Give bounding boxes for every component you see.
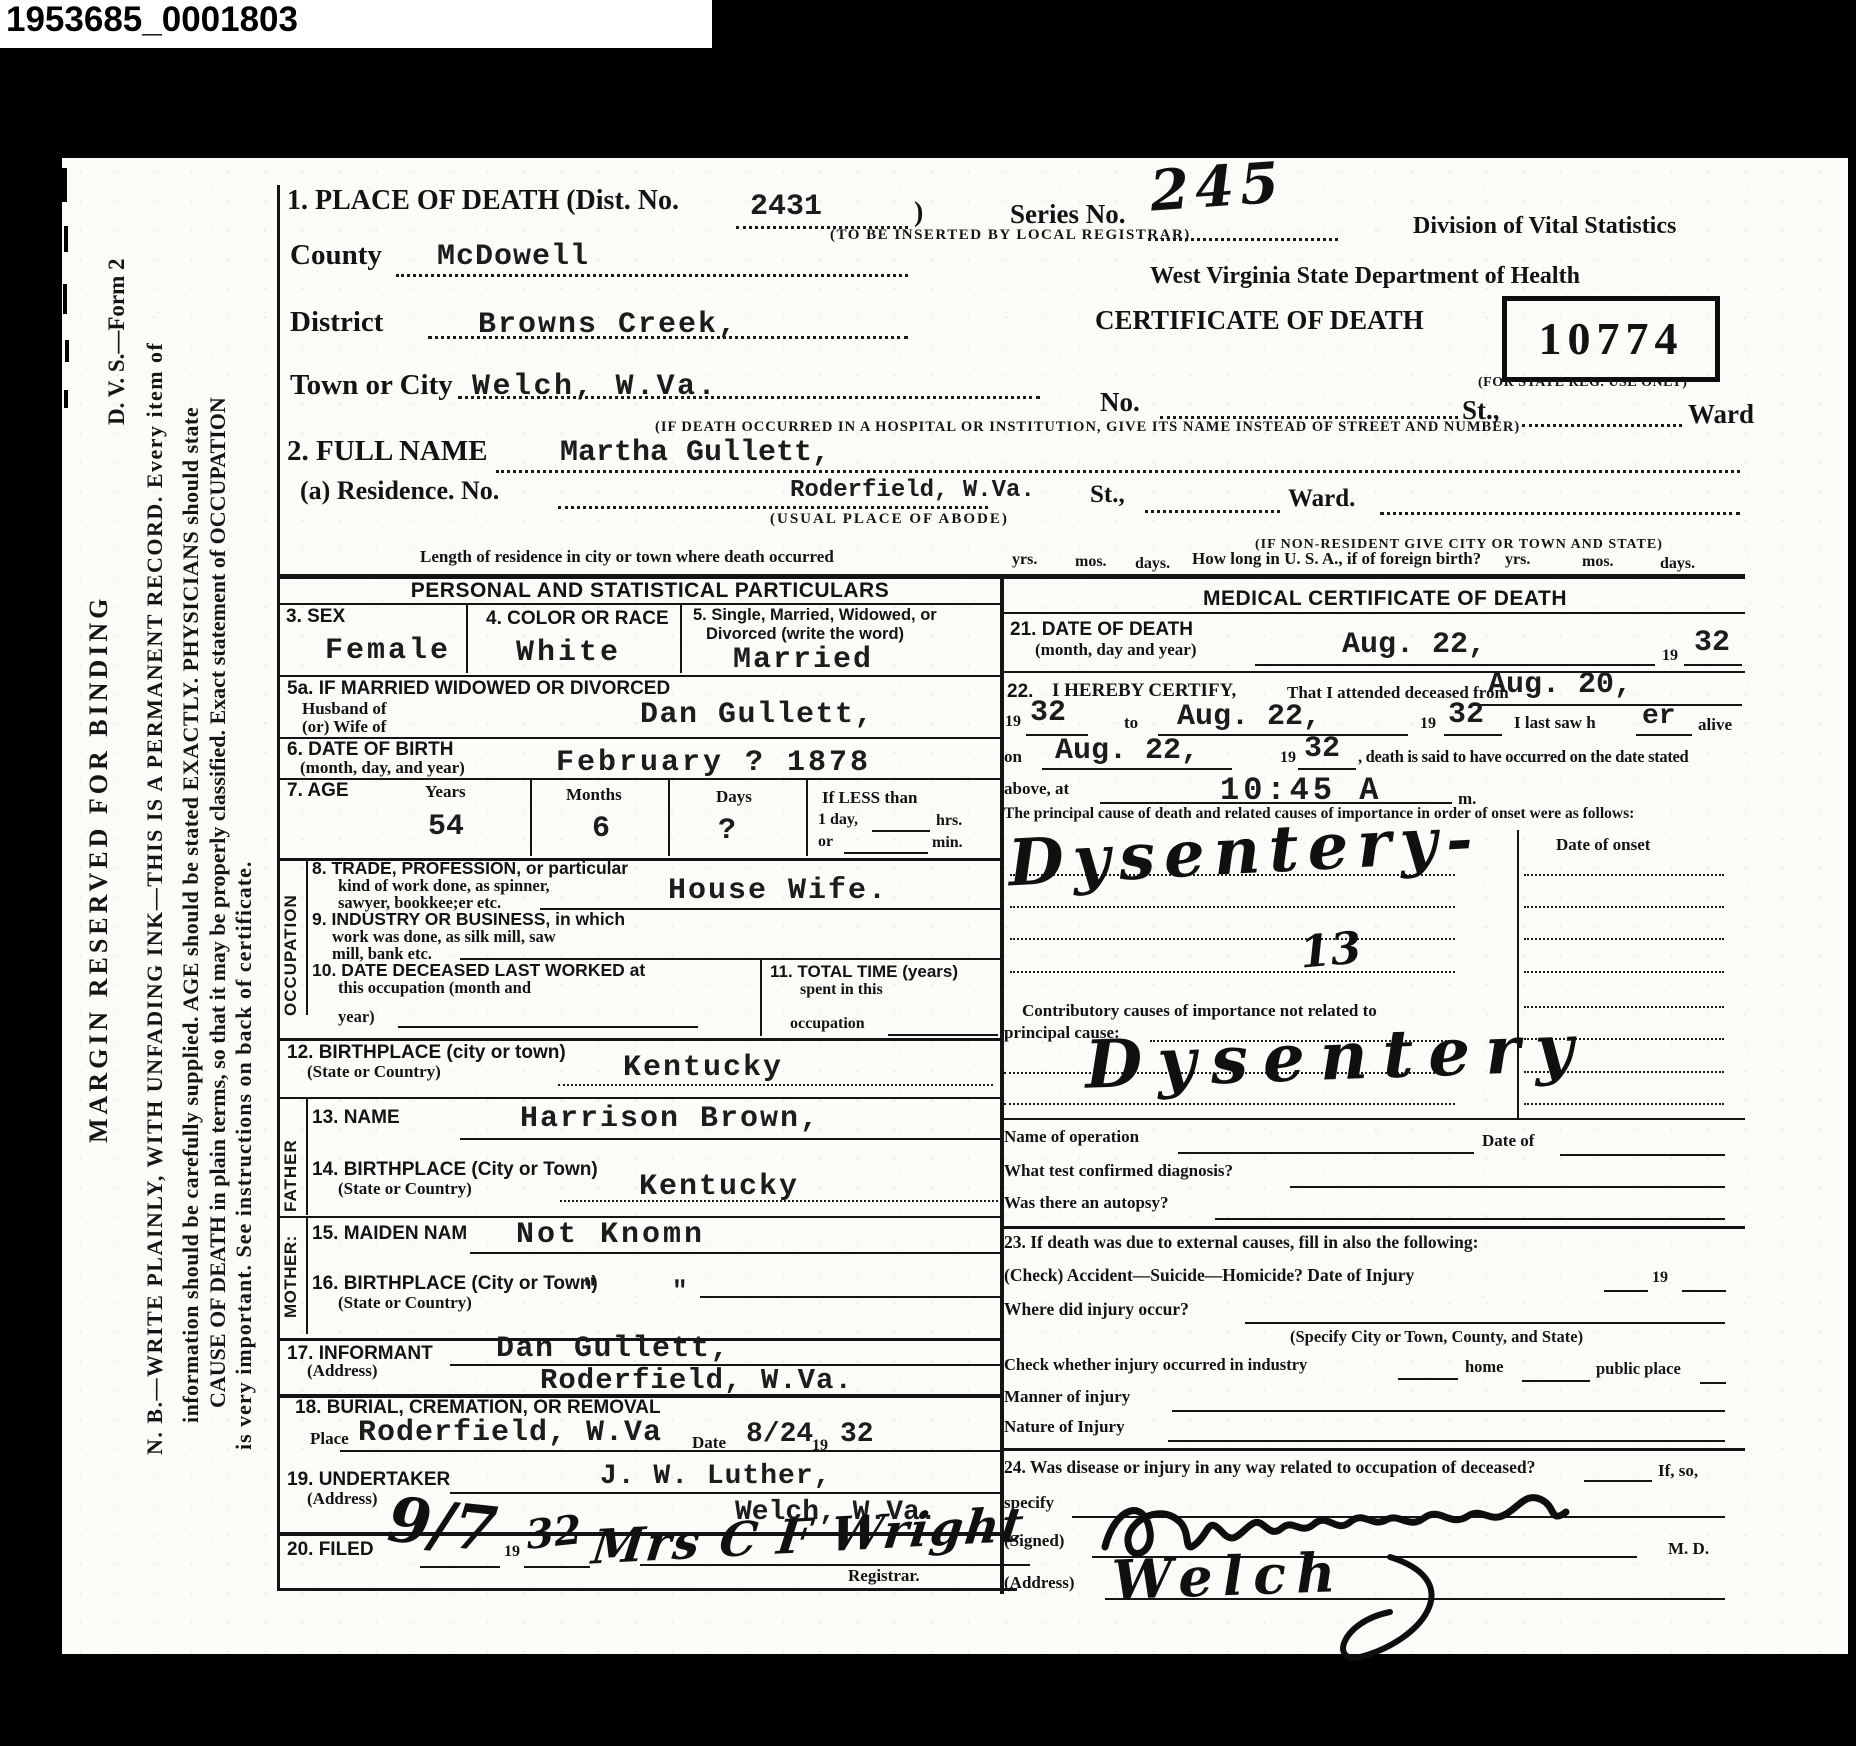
q16-label: 16. BIRTHPLACE (City or Town) [312, 1274, 598, 1294]
rule [1004, 612, 1745, 614]
filed-year-handwritten: 32 [524, 1509, 584, 1557]
q8-label2: kind of work done, as spinner, [338, 877, 550, 894]
ward-label: Ward [1688, 400, 1754, 428]
q15-label: 15. MAIDEN NAM [312, 1224, 467, 1244]
district-value: Browns Creek, [478, 310, 738, 342]
no-label: No. [1100, 388, 1140, 416]
hospital-note: (IF DEATH OCCURRED IN A HOSPITAL OR INST… [655, 420, 1520, 435]
time-of-death-value: 10:45 A [1220, 774, 1382, 808]
series-no-value-handwritten: 245 [1148, 153, 1287, 221]
check-label: (Check) Accident—Suicide—Homicide? Date … [1004, 1266, 1414, 1284]
blank-line [460, 1138, 1000, 1140]
blank-line [1636, 734, 1692, 736]
registration-number: 10774 [1539, 315, 1684, 363]
county-value: McDowell [437, 242, 589, 274]
column-divider [1000, 574, 1004, 1594]
blank-line [1298, 768, 1356, 770]
district-label: District [290, 307, 383, 337]
yrs-label: yrs. [1012, 552, 1037, 569]
on-year-value: 32 [1304, 734, 1340, 766]
cell-divider [668, 778, 670, 856]
min-label: min. [932, 835, 963, 852]
dotted-line [1380, 512, 1740, 515]
contributory-line [1004, 1103, 1455, 1105]
filed-date-handwritten: 9/7 [385, 1486, 500, 1562]
days-label: days. [1135, 556, 1170, 573]
q12-sub-label: (State or Country) [307, 1063, 441, 1081]
division-title: Division of Vital Statistics [1413, 214, 1676, 239]
q18-year-value: 32 [840, 1420, 874, 1449]
blank-line [1604, 1290, 1648, 1292]
q9-label2: work was done, as silk mill, saw [332, 928, 556, 945]
onset-line [1524, 906, 1724, 908]
printed-19: 19 [1652, 1270, 1668, 1287]
medical-section-title: MEDICAL CERTIFICATE OF DEATH [1060, 588, 1710, 610]
cause-line [1010, 971, 1455, 973]
blank-line [1042, 768, 1232, 770]
q19-value: J. W. Luther, [600, 1462, 831, 1491]
wife-of-label: (or) Wife of [302, 718, 386, 736]
q11-label1: 11. TOTAL TIME (years) [770, 963, 958, 981]
blank-line [340, 1450, 1000, 1452]
printed-19: 19 [1005, 714, 1021, 731]
hrs-label: hrs. [936, 813, 962, 830]
scan-label-strip: 1953685_0001803 [0, 0, 712, 48]
blank-line [1255, 664, 1655, 666]
age-years-value: 54 [428, 812, 464, 844]
q10-label1: 10. DATE DECEASED LAST WORKED at [312, 961, 645, 979]
cell-divider [530, 778, 532, 856]
rule [277, 1038, 1000, 1041]
torn-edge-mark [64, 226, 68, 252]
ifso-label: If, so, [1658, 1462, 1698, 1480]
printed-19: 19 [504, 1544, 520, 1561]
q18-label: 18. BURIAL, CREMATION, OR REMOVAL [295, 1398, 661, 1418]
q18-place-value: Roderfield, W.Va [358, 1418, 662, 1450]
blank-line [1444, 734, 1502, 736]
cause-line [1010, 938, 1455, 940]
state-reg-note: (FOR STATE REG. USE ONLY) [1478, 376, 1687, 391]
margin-note-line3: CAUSE OF DEATH in plain terms, so that i… [205, 228, 231, 1408]
full-name-value: Martha Gullett, [560, 438, 830, 470]
town-or-city-label: Town or City [290, 370, 453, 400]
sex-value: Female [325, 636, 451, 668]
age-years-label: Years [425, 783, 466, 801]
age-months-value: 6 [592, 814, 610, 846]
q16-sub-label: (State or Country) [338, 1294, 472, 1312]
blank-line [640, 1564, 1030, 1566]
manner-label: Manner of injury [1004, 1388, 1130, 1406]
physician-signature [1090, 1462, 1650, 1662]
q14-label: 14. BIRTHPLACE (City or Town) [312, 1160, 598, 1180]
blank-line [1172, 1410, 1725, 1412]
department-title: West Virginia State Department of Health [1150, 264, 1580, 289]
contributory-cause-handwritten: Dysentery [1084, 1013, 1589, 1100]
spouse-value: Dan Gullett, [640, 700, 874, 732]
q18-date-value: 8/24 [746, 1420, 813, 1449]
q9-label1: 9. INDUSTRY OR BUSINESS, in which [312, 910, 625, 928]
residence-st-label: St., [1090, 482, 1125, 508]
q12-label: 12. BIRTHPLACE (city or town) [287, 1043, 566, 1063]
printed-19: 19 [1280, 750, 1296, 767]
occupation-bracket [306, 860, 308, 1015]
residence-ward-label: Ward. [1288, 486, 1355, 512]
series-no-label: Series No. [1010, 200, 1125, 228]
residence-label: (a) Residence. No. [300, 477, 499, 504]
town-or-city-value: Welch, W.Va. [472, 372, 718, 404]
mother-side-label: MOTHER: [281, 1208, 301, 1318]
dob-label: 6. DATE OF BIRTH [287, 740, 453, 760]
blank-line [1290, 1186, 1725, 1188]
abode-note: (USUAL PLACE OF ABODE) [770, 512, 1009, 528]
age-months-label: Months [566, 786, 622, 804]
nature-label: Nature of Injury [1004, 1418, 1125, 1436]
autopsy-label: Was there an autopsy? [1004, 1194, 1169, 1212]
age-label: 7. AGE [287, 781, 349, 801]
certificate-title: CERTIFICATE OF DEATH [1095, 306, 1424, 334]
place-of-death-label: 1. PLACE OF DEATH (Dist. No. [287, 186, 679, 215]
q11-label2: spent in this [800, 982, 883, 999]
onset-line [1524, 971, 1724, 973]
husband-of-label: Husband of [302, 700, 387, 718]
on-label: on [1004, 748, 1022, 766]
cell-divider [760, 958, 762, 1036]
q13-value: Harrison Brown, [520, 1104, 820, 1136]
certify-label: I HEREBY CERTIFY, [1052, 681, 1236, 701]
cell-divider [466, 603, 468, 673]
rule [1004, 671, 1745, 673]
q14-sub-label: (State or Country) [338, 1180, 472, 1198]
q21-value: Aug. 22, [1342, 630, 1486, 662]
rule [277, 778, 1000, 780]
cell-divider [806, 778, 808, 856]
series-note: (TO BE INSERTED BY LOCAL REGISTRAR) [830, 228, 1191, 244]
race-value: White [516, 638, 621, 670]
q12-value: Kentucky [623, 1053, 783, 1085]
q5a-label: 5a. IF MARRIED WIDOWED OR DIVORCED [287, 679, 670, 699]
rule [277, 1588, 1017, 1591]
er-value: er [1642, 702, 1676, 731]
blank-line [398, 1026, 698, 1028]
age-days-value: ? [718, 816, 736, 848]
dob-sub-label: (month, day, and year) [300, 759, 465, 777]
dotted-line [496, 470, 1740, 473]
blank-line [524, 1566, 590, 1568]
q15-value: Not Knomn [516, 1220, 705, 1252]
occurred-label: , death is said to have occurred on the … [1358, 748, 1688, 765]
place-label: Place [310, 1430, 349, 1448]
q21-year-value: 32 [1694, 628, 1730, 660]
injury-home-label: home [1465, 1358, 1504, 1375]
margin-note-line2: information should be carefully supplied… [178, 228, 204, 1423]
father-bracket [306, 1099, 308, 1215]
q14-value: Kentucky [639, 1172, 799, 1204]
scan-filename: 1953685_0001803 [6, 2, 298, 39]
blank-line [420, 1566, 500, 1568]
personal-section-title: PERSONAL AND STATISTICAL PARTICULARS [300, 580, 1000, 602]
injury-public-label: public place [1596, 1360, 1681, 1377]
q17-address-value: Roderfield, W.Va. [540, 1366, 853, 1396]
race-label: 4. COLOR OR RACE [486, 609, 669, 629]
onset-line [1524, 938, 1724, 940]
blank-line [1682, 1290, 1726, 1292]
blank-line [1684, 664, 1742, 666]
operation-label: Name of operation [1004, 1128, 1139, 1146]
dotted-line [558, 506, 988, 509]
printed-19: 19 [1662, 648, 1678, 665]
torn-edge-mark [62, 168, 67, 202]
test-label: What test confirmed diagnosis? [1004, 1162, 1233, 1180]
q21-sub-label: (month, day and year) [1035, 641, 1197, 659]
q11-label3: occupation [790, 1016, 865, 1033]
blank-line [450, 1492, 1000, 1494]
blank-line [888, 1034, 998, 1036]
cell-divider [680, 603, 682, 673]
onset-line [1524, 1006, 1724, 1008]
length-residence-label: Length of residence in city or town wher… [420, 548, 834, 566]
above-at-label: above, at [1004, 780, 1069, 798]
q8-label1: 8. TRADE, PROFESSION, or particular [312, 859, 628, 877]
margin-binding-label: MARGIN RESERVED FOR BINDING [84, 638, 114, 1143]
oneday-label: 1 day, [818, 812, 858, 829]
lastsaw-label: I last saw h [1514, 714, 1596, 732]
on-value: Aug. 22, [1055, 736, 1199, 768]
onset-line [1524, 1103, 1724, 1105]
mos-label: mos. [1582, 554, 1614, 571]
injury-industry-label: Check whether injury occurred in industr… [1004, 1356, 1307, 1373]
days-label: days. [1660, 556, 1695, 573]
md-label: M. D. [1668, 1540, 1709, 1558]
date-of-onset-header: Date of onset [1556, 836, 1650, 854]
registrar-label: Registrar. [848, 1567, 920, 1585]
rule [1004, 1118, 1745, 1120]
father-side-label: FATHER [281, 1100, 301, 1212]
onset-line [1524, 874, 1724, 876]
residence-value: Roderfield, W.Va. [790, 478, 1035, 503]
marital-value: Married [733, 645, 873, 677]
to-label: to [1124, 714, 1138, 732]
registration-number-box: 10774 [1502, 296, 1720, 382]
q17-value: Dan Gullett, [496, 1334, 730, 1366]
blank-line [872, 830, 930, 832]
torn-edge-mark [65, 340, 69, 362]
scanned-death-certificate: { "scan_label": "1953685_0001803", "marg… [0, 0, 1856, 1746]
q20-label: 20. FILED [287, 1540, 374, 1560]
q16-ditto-mark: ″ [672, 1278, 688, 1305]
district-number-value: 2431 [750, 192, 822, 224]
blank-line [1700, 1382, 1726, 1384]
margin-note-line1: N. B.—WRITE PLAINLY, WITH UNFADING INK—T… [142, 225, 168, 1455]
where-injury-label: Where did injury occur? [1004, 1300, 1189, 1318]
date-of-label: Date of [1482, 1132, 1534, 1150]
county-label: County [290, 240, 382, 270]
form-left-border [277, 185, 280, 1590]
rule [277, 1097, 1000, 1099]
blank-line [1522, 1380, 1590, 1382]
blank-line [1178, 1152, 1474, 1154]
specify-city-note: (Specify City or Town, County, and State… [1290, 1328, 1583, 1345]
occupation-side-label: OCCUPATION [281, 868, 301, 1016]
form-number-label: D. V. S.—Form 2 [104, 215, 130, 425]
dotted-line [396, 274, 908, 277]
rule [1004, 1448, 1745, 1451]
ifless-label: If LESS than [822, 789, 917, 807]
q19-sub-label: (Address) [307, 1490, 378, 1508]
mos-label: mos. [1075, 554, 1107, 571]
age-days-label: Days [716, 788, 752, 806]
q16-ditto-mark: ″ [582, 1276, 598, 1303]
rule [277, 603, 1000, 605]
cause-duration-handwritten: 13 [1298, 925, 1363, 976]
q21-label: 21. DATE OF DEATH [1010, 620, 1193, 640]
attended-from-value: Aug. 20, [1488, 670, 1632, 702]
dob-value: February ? 1878 [556, 748, 871, 780]
from-year-value: 32 [1030, 698, 1066, 730]
rule [1004, 1226, 1745, 1229]
q23-label: 23. If death was due to external causes,… [1004, 1233, 1478, 1251]
mother-bracket [306, 1218, 308, 1334]
signed-label: (Signed) [1004, 1532, 1064, 1550]
blank-line [1245, 1322, 1725, 1324]
blank-line [1560, 1154, 1725, 1156]
printed-19: 19 [812, 1438, 828, 1455]
alive-label: alive [1698, 716, 1732, 734]
yrs-label: yrs. [1505, 552, 1530, 569]
blank-line [470, 1252, 1000, 1254]
specify-label: specify [1004, 1494, 1054, 1512]
blank-line [1215, 1218, 1725, 1220]
blank-line [1470, 704, 1742, 706]
to-year-value: 32 [1448, 700, 1484, 732]
printed-19: 19 [1420, 716, 1436, 733]
full-name-label: 2. FULL NAME [287, 436, 488, 466]
blank-line [1398, 1378, 1458, 1380]
address-label: (Address) [1004, 1574, 1075, 1592]
dotted-line [1145, 510, 1280, 513]
blank-line [700, 1296, 1000, 1298]
marital-label: 5. Single, Married, Widowed, or [693, 607, 937, 624]
or-label: or [818, 834, 833, 851]
blank-line [844, 852, 928, 854]
torn-edge-mark [63, 284, 67, 314]
close-paren: ) [914, 198, 923, 227]
blank-line [1168, 1440, 1725, 1442]
q10-label3: year) [338, 1008, 375, 1025]
occupation-value: House Wife. [668, 876, 888, 908]
howlong-usa-label: How long in U. S. A., if of foreign birt… [1192, 550, 1481, 568]
q13-label: 13. NAME [312, 1108, 400, 1128]
dotted-line [1522, 424, 1682, 427]
rule [277, 675, 1000, 677]
marital-label2: Divorced (write the word) [706, 626, 904, 643]
margin-note-line4: is very important. See instructions on b… [231, 520, 257, 1450]
sex-label: 3. SEX [286, 607, 345, 627]
q17-sub-label: (Address) [307, 1362, 378, 1380]
cause-line [1010, 906, 1455, 908]
torn-edge-mark [64, 390, 68, 408]
q10-label2: this occupation (month and [338, 979, 531, 996]
attended-to-value: Aug. 22, [1177, 702, 1321, 734]
